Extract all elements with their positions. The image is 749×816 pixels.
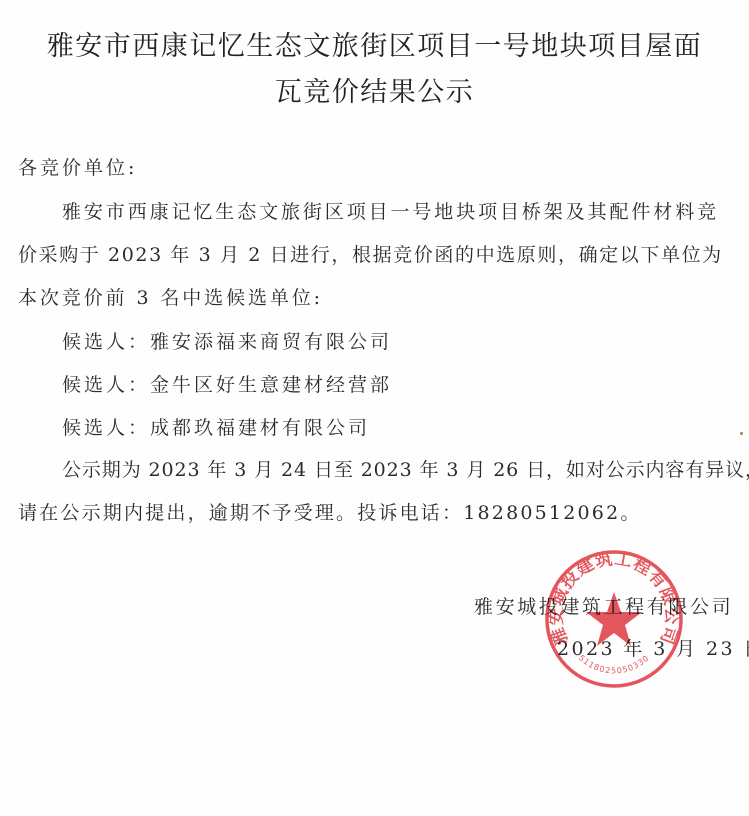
paragraph-1-line-1: 雅安市西康记忆生态文旅街区项目一号地块项目桥架及其配件材料竞 [62,200,719,224]
paragraph-2-line-2: 请在公示期内提出，逾期不予受理。投诉电话：18280512062。 [18,501,642,525]
company-seal-icon: 雅安城投建筑工程有限公司 5118025050330 [543,548,685,690]
seal-star-icon [586,592,642,646]
document-title-line-1: 雅安市西康记忆生态文旅街区项目一号地块项目屋面 [0,24,749,63]
paragraph-1-line-3: 本次竞价前 3 名中选候选单位: [18,286,323,310]
candidate-label: 候选人： [62,374,150,396]
seal-code: 5118025050330 [577,653,651,675]
document-page: 雅安市西康记忆生态文旅街区项目一号地块项目屋面 瓦竞价结果公示 各竞价单位: 雅… [0,0,749,816]
svg-text:5118025050330: 5118025050330 [577,653,651,675]
candidate-label: 候选人： [62,331,150,353]
candidate-name: 成都玖福建材有限公司 [150,417,370,439]
candidate-item: 候选人：金牛区好生意建材经营部 [62,373,392,397]
candidate-name: 金牛区好生意建材经营部 [150,374,392,396]
salutation: 各竞价单位: [18,156,137,180]
document-title-line-2: 瓦竞价结果公示 [0,70,749,109]
candidate-item: 候选人：雅安添福来商贸有限公司 [62,330,392,354]
candidate-item: 候选人：成都玖福建材有限公司 [62,416,370,440]
scan-speck [740,432,743,435]
paragraph-1-line-2: 价采购于 2023 年 3 月 2 日进行，根据竞价函的中选原则，确定以下单位为 [18,243,723,267]
paragraph-2-line-1: 公示期为 2023 年 3 月 24 日至 2023 年 3 月 26 日，如对… [62,458,749,482]
candidate-label: 候选人： [62,417,150,439]
candidate-name: 雅安添福来商贸有限公司 [150,331,392,353]
